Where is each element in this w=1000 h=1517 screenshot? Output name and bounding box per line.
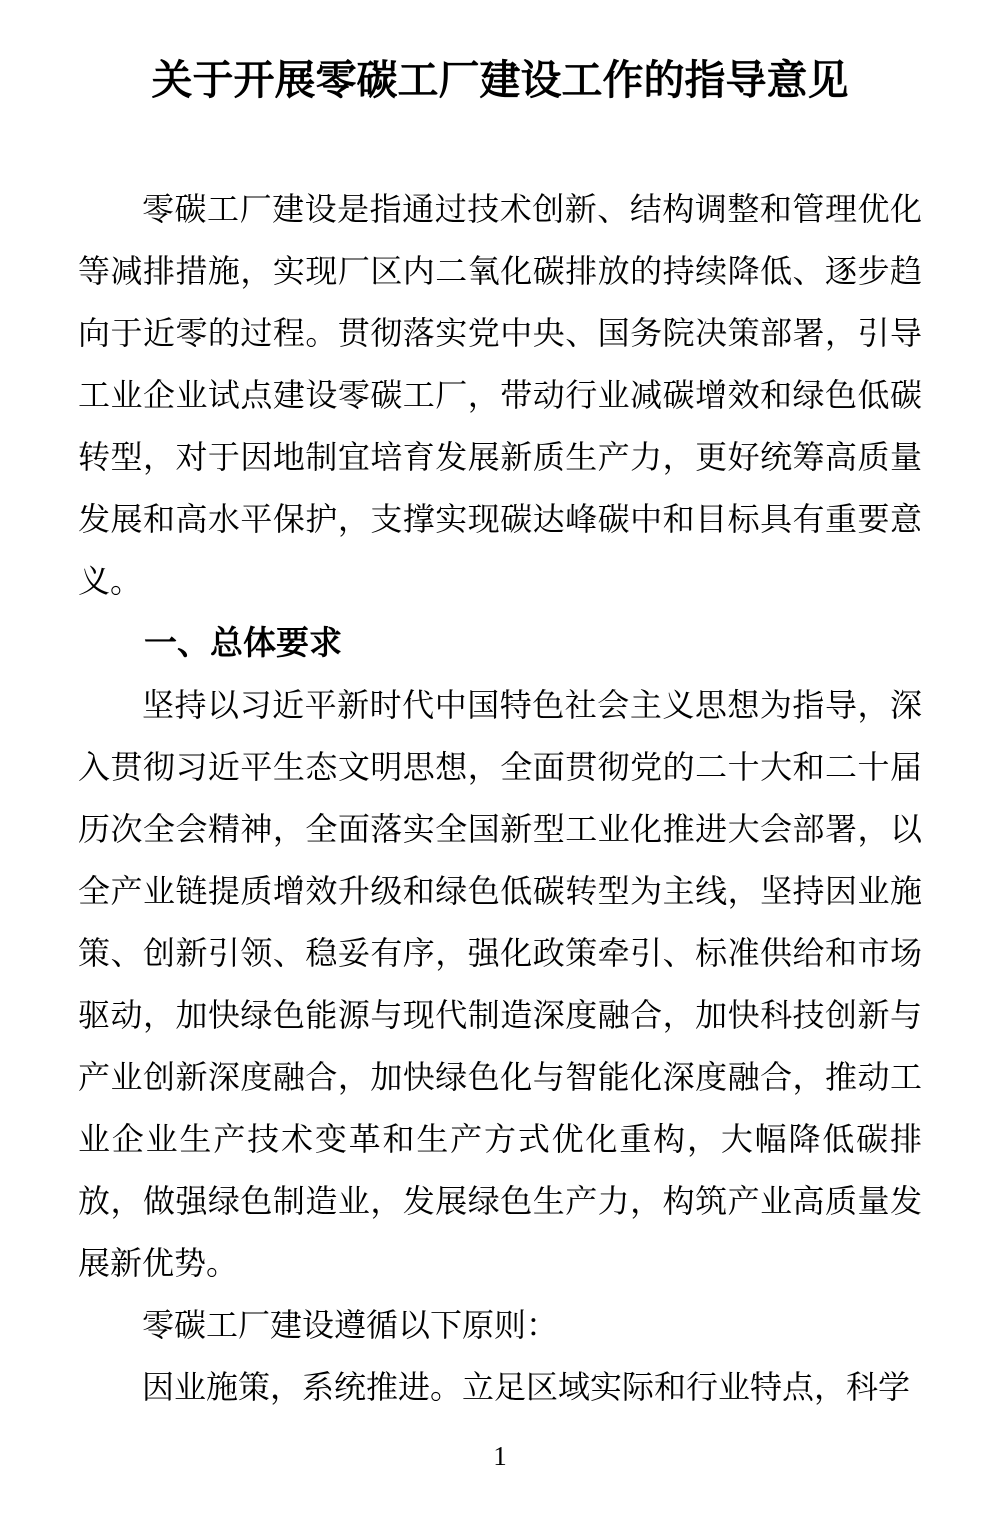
paragraph-general-requirements: 坚持以习近平新时代中国特色社会主义思想为指导，深入贯彻习近平生态文明思想，全面贯… <box>78 674 922 1294</box>
paragraph-principles-lead-in: 零碳工厂建设遵循以下原则： <box>78 1294 922 1356</box>
paragraph-principle-first-truncated: 因业施策，系统推进。立足区域实际和行业特点，科学 <box>78 1356 922 1418</box>
document-body: 零碳工厂建设是指通过技术创新、结构调整和管理优化等减排措施，实现厂区内二氧化碳排… <box>78 178 922 1418</box>
page-number: 1 <box>0 1441 1000 1471</box>
paragraph-intro: 零碳工厂建设是指通过技术创新、结构调整和管理优化等减排措施，实现厂区内二氧化碳排… <box>78 178 922 612</box>
document-page: 关于开展零碳工厂建设工作的指导意见 零碳工厂建设是指通过技术创新、结构调整和管理… <box>0 0 1000 1517</box>
section-heading-overall-requirements: 一、总体要求 <box>78 612 922 674</box>
document-title: 关于开展零碳工厂建设工作的指导意见 <box>0 0 1000 110</box>
